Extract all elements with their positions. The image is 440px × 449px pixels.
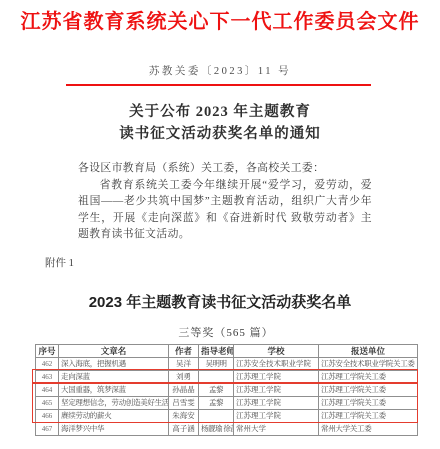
cell-serial: 467: [36, 423, 59, 436]
notice-title-line2: 读书征文活动获奖名单的通知: [0, 123, 440, 145]
award-table: 序号 文章名 作者 指导老师 学校 报送单位 462 深入海底，把握机遇 吴洋 …: [35, 344, 418, 436]
notice-title: 关于公布 2023 年主题教育 读书征文活动获奖名单的通知: [0, 101, 440, 145]
cell-serial: 466: [36, 410, 59, 423]
award-list-title: 2023 年主题教育读书征文活动获奖名单: [0, 291, 440, 312]
cell-school: 常州大学: [234, 423, 319, 436]
table-row: 467 海洋梦兴中华 高子涵 杨靓瑜 徐茜 常州大学 常州大学关工委: [36, 423, 418, 436]
header-article-title: 文章名: [59, 345, 169, 358]
cell-article-title: 坚定理想信念，劳动创造美好生活: [59, 397, 169, 410]
cell-school: 江苏理工学院: [234, 384, 319, 397]
notice-paragraph: 省教育系统关工委今年继续开展“爱学习，爱劳动，爱祖国——老少共筑中国梦”主题教育…: [78, 177, 372, 243]
cell-author: 吴洋: [169, 358, 199, 371]
cell-advisor: 孟黎: [199, 397, 234, 410]
letterhead-org-title: 江苏省教育系统关心下一代工作委员会文件: [0, 5, 440, 34]
cell-advisor: [199, 410, 234, 423]
table-header-row: 序号 文章名 作者 指导老师 学校 报送单位: [36, 345, 418, 358]
notice-title-line1: 关于公布 2023 年主题教育: [0, 101, 440, 123]
cell-author: 孙晶晶: [169, 384, 199, 397]
cell-submitting-unit: 江苏理工学院关工委: [319, 371, 418, 384]
notice-body: 各设区市教育局（系统）关工委，各高校关工委： 省教育系统关工委今年继续开展“爱学…: [78, 160, 372, 243]
cell-serial: 465: [36, 397, 59, 410]
cell-school: 江苏理工学院: [234, 371, 319, 384]
cell-serial: 464: [36, 384, 59, 397]
header-school: 学校: [234, 345, 319, 358]
header-serial: 序号: [36, 345, 59, 358]
cell-author: 高子涵: [169, 423, 199, 436]
cell-submitting-unit: 常州大学关工委: [319, 423, 418, 436]
attachment-label: 附件 1: [45, 255, 74, 270]
header-author: 作者: [169, 345, 199, 358]
cell-serial: 462: [36, 358, 59, 371]
table-row: 464 大国重器，筑梦深蓝 孙晶晶 孟黎 江苏理工学院 江苏理工学院关工委: [36, 384, 418, 397]
cell-author: 刘勇: [169, 371, 199, 384]
cell-advisor: 杨靓瑜 徐茜: [199, 423, 234, 436]
cell-submitting-unit: 江苏理工学院关工委: [319, 410, 418, 423]
document-number: 苏教关委〔2023〕11 号: [0, 63, 440, 78]
table-row: 463 走向深蓝 刘勇 江苏理工学院 江苏理工学院关工委: [36, 371, 418, 384]
cell-school: 江苏理工学院: [234, 397, 319, 410]
cell-article-title: 赓续劳动的薪火: [59, 410, 169, 423]
cell-school: 江苏安全技术职业学院: [234, 358, 319, 371]
cell-school: 江苏理工学院: [234, 410, 319, 423]
cell-advisor: 孟黎: [199, 384, 234, 397]
header-advisor: 指导老师: [199, 345, 234, 358]
cell-article-title: 大国重器，筑梦深蓝: [59, 384, 169, 397]
cell-advisor: [199, 371, 234, 384]
award-table-container: 序号 文章名 作者 指导老师 学校 报送单位 462 深入海底，把握机遇 吴洋 …: [35, 344, 417, 436]
cell-article-title: 深入海底，把握机遇: [59, 358, 169, 371]
table-row: 466 赓续劳动的薪火 朱海安 江苏理工学院 江苏理工学院关工委: [36, 410, 418, 423]
cell-author: 朱海安: [169, 410, 199, 423]
award-tier-heading: 三等奖（565 篇）: [35, 324, 417, 340]
cell-submitting-unit: 江苏安全技术职业学院关工委: [319, 358, 418, 371]
cell-article-title: 海洋梦兴中华: [59, 423, 169, 436]
header-submitting-unit: 报送单位: [319, 345, 418, 358]
document-page: { "colors": { "letterhead_red": "#ee1111…: [0, 0, 440, 449]
notice-salutation: 各设区市教育局（系统）关工委，各高校关工委：: [78, 160, 372, 177]
table-row: 465 坚定理想信念，劳动创造美好生活 吕雪雯 孟黎 江苏理工学院 江苏理工学院…: [36, 397, 418, 410]
cell-article-title: 走向深蓝: [59, 371, 169, 384]
cell-serial: 463: [36, 371, 59, 384]
cell-submitting-unit: 江苏理工学院关工委: [319, 384, 418, 397]
cell-submitting-unit: 江苏理工学院关工委: [319, 397, 418, 410]
cell-author: 吕雪雯: [169, 397, 199, 410]
cell-advisor: 吴明明: [199, 358, 234, 371]
letterhead-divider-line: [66, 84, 371, 86]
table-row: 462 深入海底，把握机遇 吴洋 吴明明 江苏安全技术职业学院 江苏安全技术职业…: [36, 358, 418, 371]
